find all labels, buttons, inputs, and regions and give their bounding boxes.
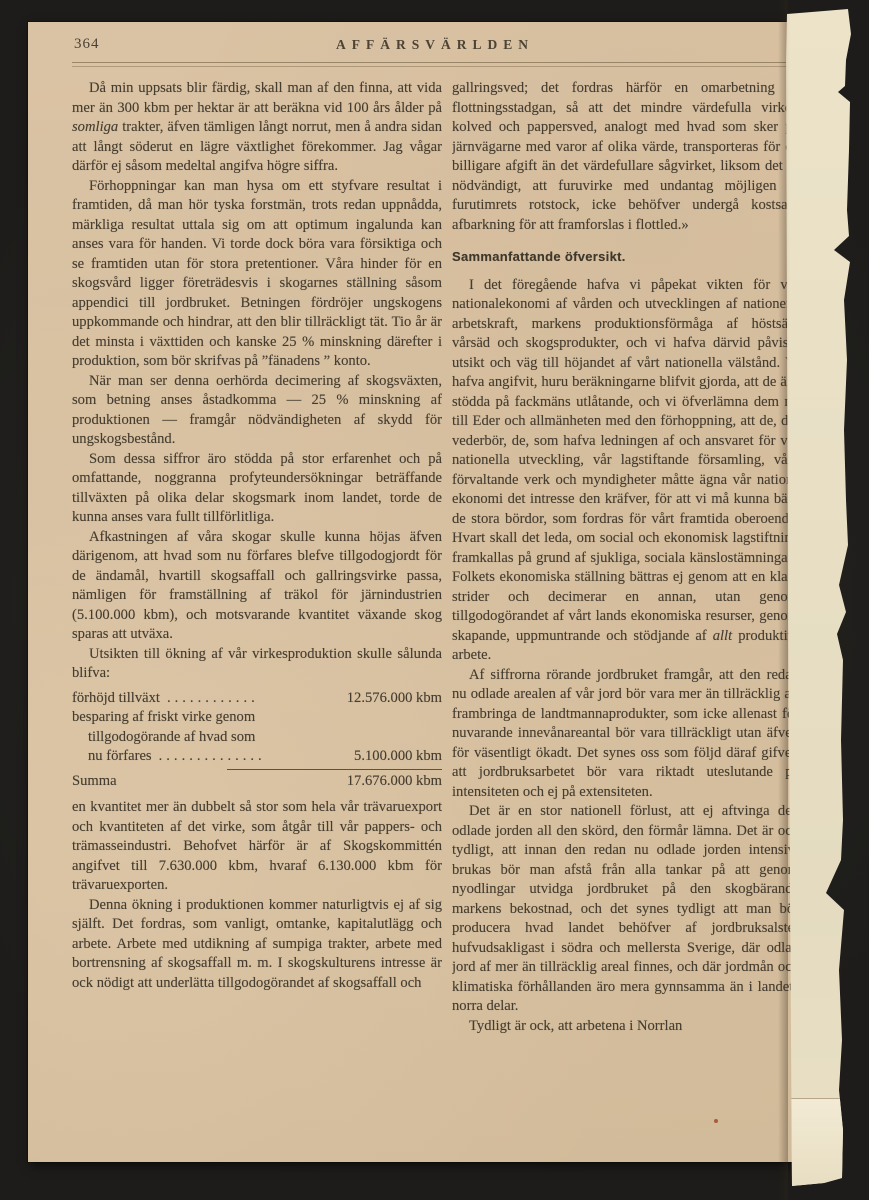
table-row: förhöjd tillväxt............12.576.000 k…	[72, 689, 442, 709]
paragraph: I det föregående hafva vi påpekat vikten…	[452, 276, 799, 666]
paragraph: Afkastningen af våra skogar skulle kunna…	[72, 528, 442, 645]
table-row: tillgodogörande af hvad som	[72, 728, 442, 748]
table-value: 12.576.000 kbm	[347, 689, 442, 709]
total-label: Summa	[72, 772, 117, 792]
header-rule	[72, 62, 802, 67]
table-value: 5.100.000 kbm	[354, 747, 442, 767]
sum-rule	[227, 769, 442, 770]
paragraph: Tydligt är ock, att arbetena i Norrlan	[452, 1017, 799, 1037]
table-label: nu förfares	[88, 747, 152, 767]
paragraph: gallringsved; det fordras härför en omar…	[452, 79, 799, 235]
table-label: förhöjd tillväxt	[72, 689, 160, 709]
torn-paper-strip	[784, 0, 856, 1200]
paragraph: När man ser denna oerhörda decimering af…	[72, 372, 442, 450]
ink-speck	[714, 1119, 718, 1123]
paragraph: Som dessa siffror äro stödda på stor erf…	[72, 450, 442, 528]
italic-word: allt	[713, 628, 732, 644]
production-table: förhöjd tillväxt............12.576.000 k…	[72, 689, 442, 792]
italic-word: somliga	[72, 119, 118, 135]
paragraph: Utsikten till ökning af vår virkesproduk…	[72, 645, 442, 684]
paragraph-text: Då min uppsats blir färdig, skall man af…	[72, 80, 442, 116]
right-column: gallringsved; det fordras härför en omar…	[452, 79, 799, 1157]
table-label: besparing af friskt virke genom	[72, 708, 255, 728]
dot-leader: ..............	[159, 747, 349, 767]
paragraph: Förhoppningar kan man hysa om ett styfva…	[72, 177, 442, 372]
paragraph-text: I det föregående hafva vi påpekat vikten…	[452, 277, 799, 644]
paragraph: Då min uppsats blir färdig, skall man af…	[72, 79, 442, 177]
paragraph: Denna ökning i produktionen kommer natur…	[72, 896, 442, 994]
journal-page: 364 AFFÄRSVÄRLDEN Då min uppsats blir fä…	[28, 22, 808, 1162]
section-heading: Sammanfattande öfversikt.	[452, 247, 799, 267]
scanner-background: 364 AFFÄRSVÄRLDEN Då min uppsats blir fä…	[0, 0, 869, 1200]
table-label: tillgodogörande af hvad som	[88, 728, 255, 748]
paragraph: en kvantitet mer än dubbelt så stor som …	[72, 798, 442, 896]
table-total-row: Summa17.676.000 kbm	[72, 771, 442, 792]
total-value: 17.676.000 kbm	[347, 772, 442, 792]
paragraph: Af siffrorna rörande jordbruket framgår,…	[452, 666, 799, 803]
dot-leader: ............	[167, 689, 342, 709]
left-column: Då min uppsats blir färdig, skall man af…	[72, 79, 442, 1157]
paragraph: Det är en stor nationell förlust, att ej…	[452, 802, 799, 1017]
paragraph-text: trakter, äfven tämligen långt norrut, me…	[72, 119, 442, 174]
page-header: 364 AFFÄRSVÄRLDEN	[72, 34, 798, 58]
paper-fold	[784, 1098, 856, 1189]
journal-title: AFFÄRSVÄRLDEN	[72, 37, 798, 53]
table-row: besparing af friskt virke genom	[72, 708, 442, 728]
table-row: nu förfares..............5.100.000 kbm	[72, 747, 442, 767]
